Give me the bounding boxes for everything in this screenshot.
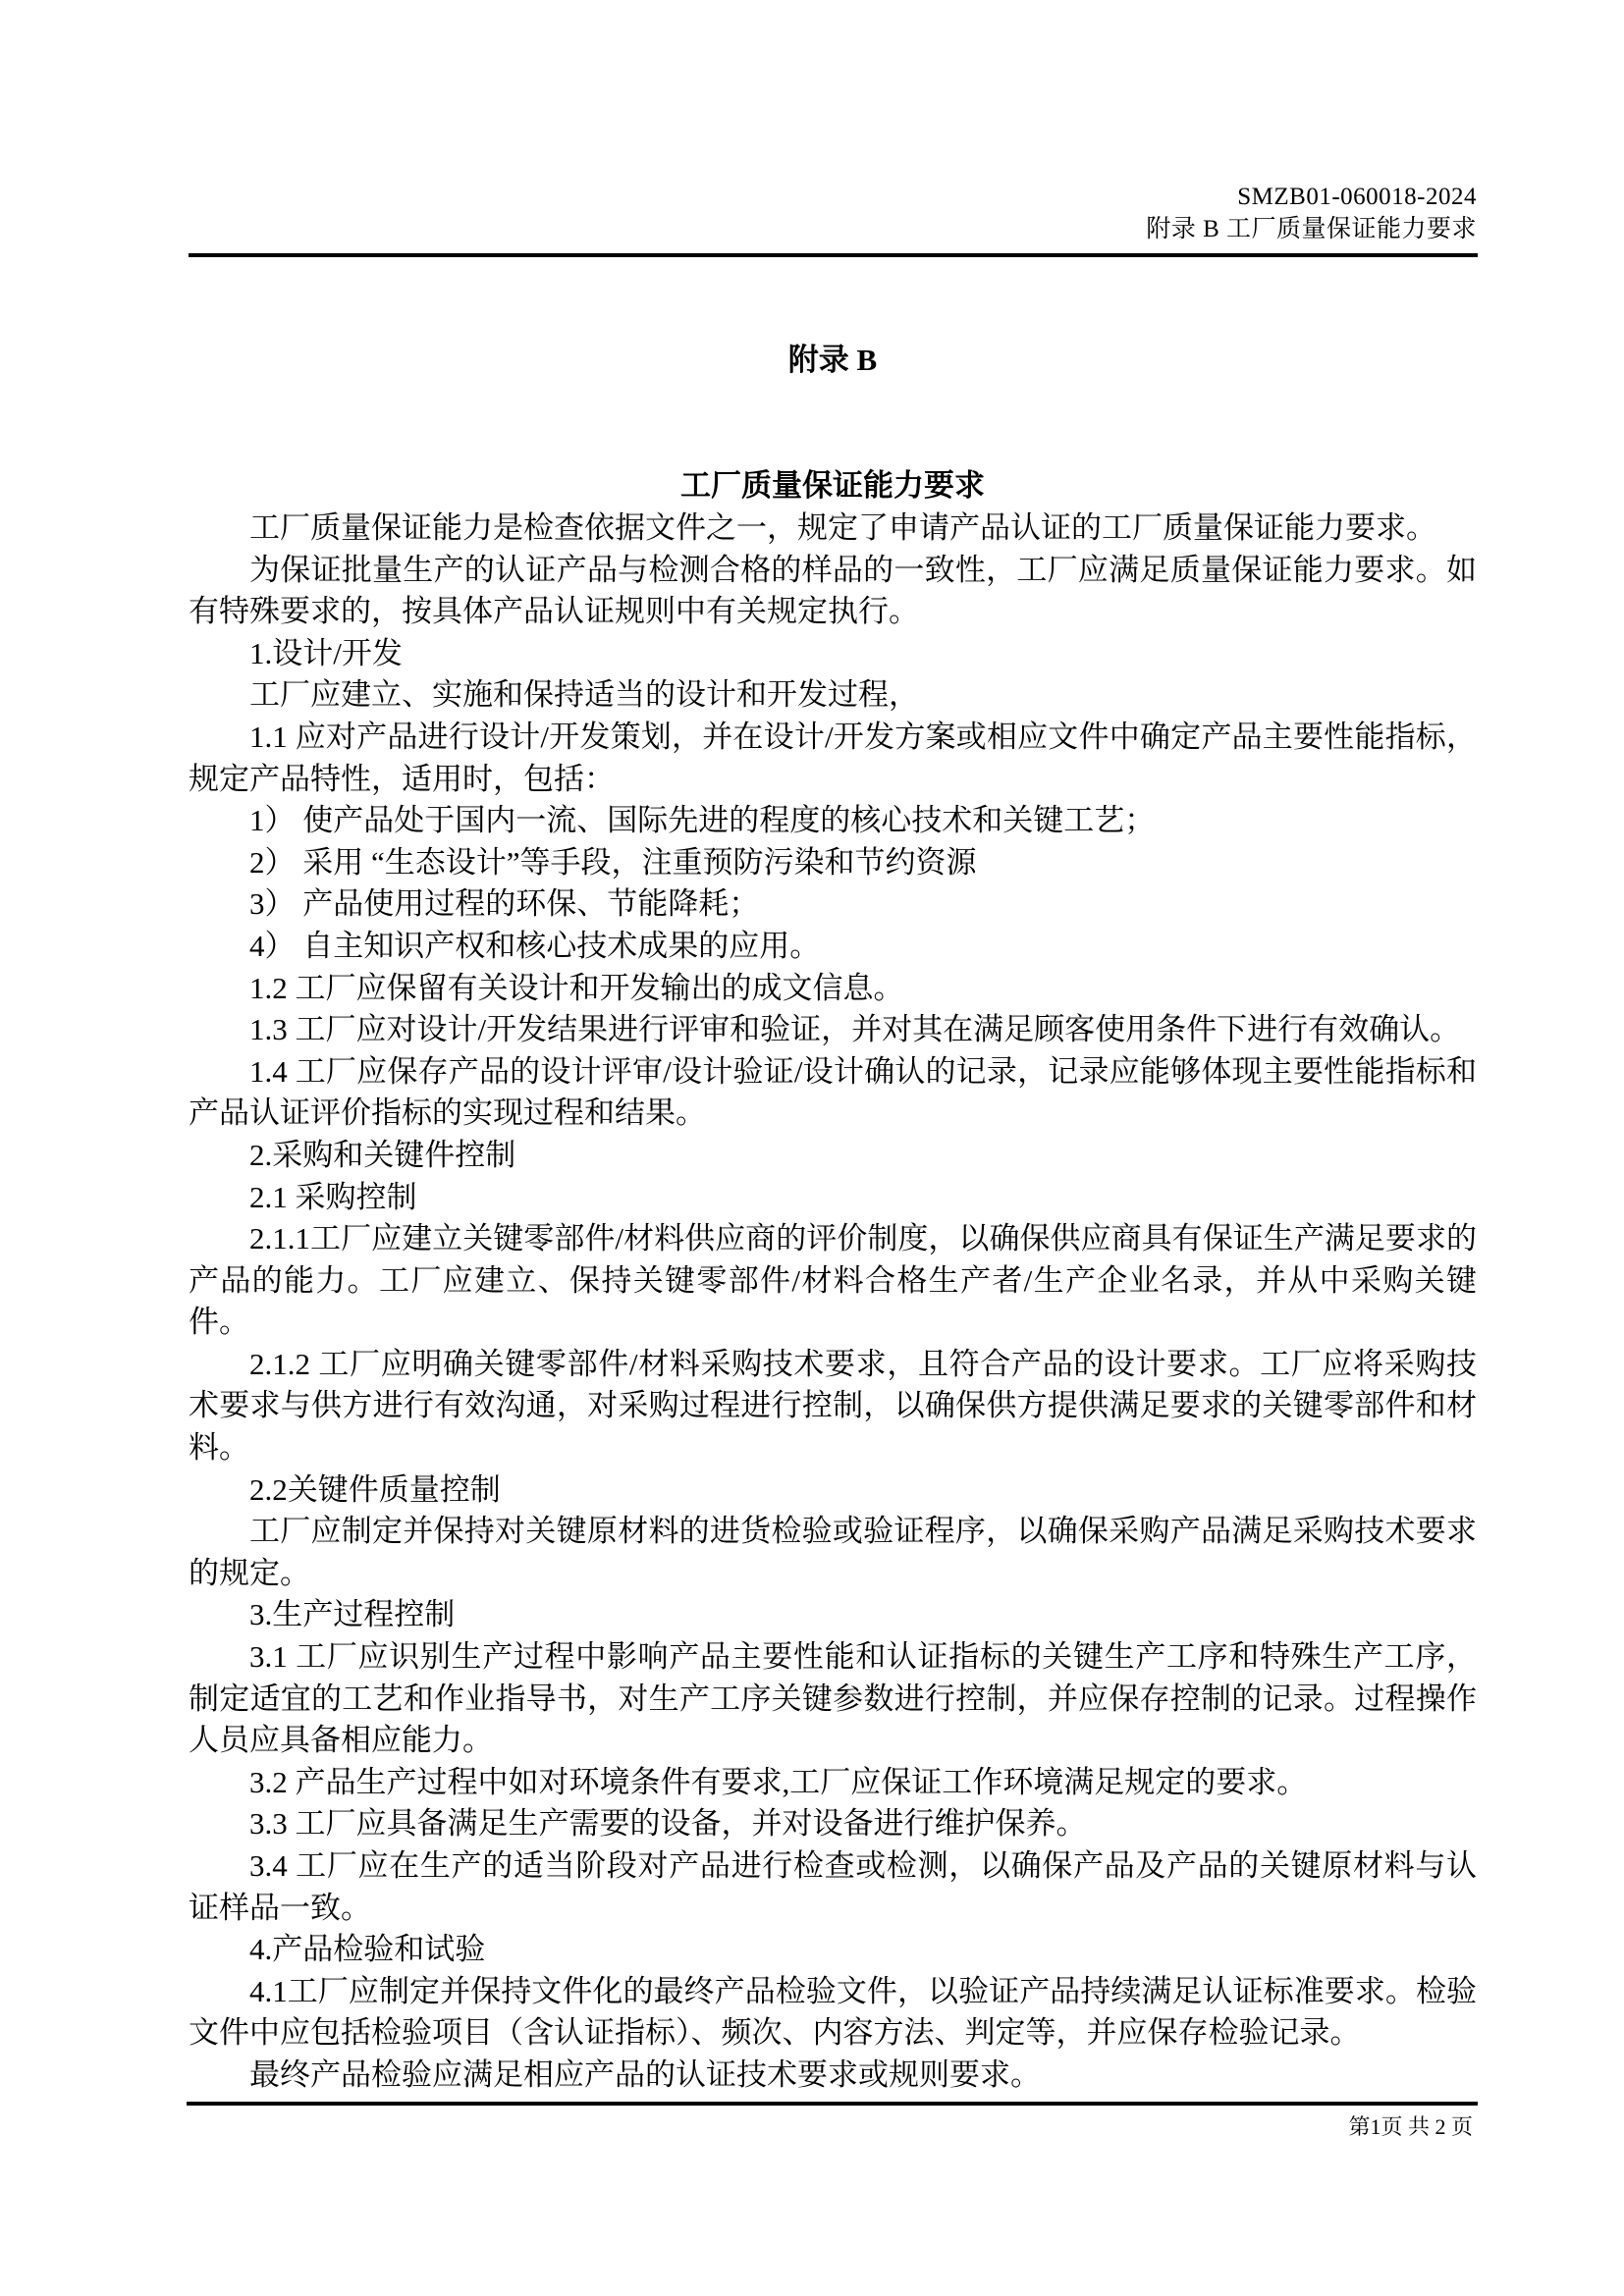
- paragraph: 4.产品检验和试验: [189, 1929, 1477, 1971]
- paragraph: 4） 自主知识产权和核心技术成果的应用。: [189, 926, 1477, 968]
- paragraph: 2） 采用 “生态设计”等手段，注重预防污染和节约资源: [189, 842, 1477, 884]
- header-rule: [189, 253, 1478, 257]
- section-title: 工厂质量保证能力要求: [189, 465, 1477, 507]
- paragraph: 最终产品检验应满足相应产品的认证技术要求或规则要求。: [189, 2055, 1477, 2097]
- paragraph-list: 工厂质量保证能力是检查依据文件之一，规定了申请产品认证的工厂质量保证能力要求。为…: [189, 507, 1477, 2097]
- doc-header-title: 附录 B 工厂质量保证能力要求: [189, 213, 1477, 245]
- paragraph: 3.1 工厂应识别生产过程中影响产品主要性能和认证指标的关键生产工序和特殊生产工…: [189, 1636, 1477, 1762]
- paragraph: 2.1.1工厂应建立关键零部件/材料供应商的评价制度，以确保供应商具有保证生产满…: [189, 1218, 1477, 1344]
- appendix-label: 附录 B: [189, 340, 1477, 381]
- paragraph: 1.4 工厂应保存产品的设计评审/设计验证/设计确认的记录，记录应能够体现主要性…: [189, 1051, 1477, 1135]
- paragraph: 3.2 产品生产过程中如对环境条件有要求,工厂应保证工作环境满足规定的要求。: [189, 1762, 1477, 1804]
- paragraph: 3.4 工厂应在生产的适当阶段对产品进行检查或检测，以确保产品及产品的关键原材料…: [189, 1845, 1477, 1929]
- document-body: 附录 B 工厂质量保证能力要求 工厂质量保证能力是检查依据文件之一，规定了申请产…: [189, 340, 1477, 2097]
- paragraph: 4.1工厂应制定并保持文件化的最终产品检验文件，以验证产品持续满足认证标准要求。…: [189, 1971, 1477, 2055]
- doc-number: SMZB01-060018-2024: [189, 181, 1477, 213]
- paragraph: 3.生产过程控制: [189, 1594, 1477, 1636]
- paragraph: 为保证批量生产的认证产品与检测合格的样品的一致性，工厂应满足质量保证能力要求。如…: [189, 550, 1477, 633]
- document-page: SMZB01-060018-2024 附录 B 工厂质量保证能力要求 附录 B …: [0, 0, 1624, 2296]
- paragraph: 工厂质量保证能力是检查依据文件之一，规定了申请产品认证的工厂质量保证能力要求。: [189, 507, 1477, 550]
- paragraph: 1.2 工厂应保留有关设计和开发输出的成文信息。: [189, 968, 1477, 1010]
- paragraph: 3） 产品使用过程的环保、节能降耗；: [189, 883, 1477, 926]
- paragraph: 1） 使产品处于国内一流、国际先进的程度的核心技术和关键工艺；: [189, 800, 1477, 842]
- footer-rule: [187, 2102, 1478, 2106]
- page-number: 第1页 共 2 页: [1348, 2110, 1473, 2144]
- paragraph: 工厂应建立、实施和保持适当的设计和开发过程，: [189, 674, 1477, 717]
- paragraph: 3.3 工厂应具备满足生产需要的设备，并对设备进行维护保养。: [189, 1803, 1477, 1845]
- paragraph: 1.1 应对产品进行设计/开发策划，并在设计/开发方案或相应文件中确定产品主要性…: [189, 717, 1477, 800]
- paragraph: 1.设计/开发: [189, 633, 1477, 675]
- paragraph: 2.采购和关键件控制: [189, 1135, 1477, 1177]
- paragraph: 2.2关键件质量控制: [189, 1469, 1477, 1512]
- paragraph: 2.1.2 工厂应明确关键零部件/材料采购技术要求，且符合产品的设计要求。工厂应…: [189, 1344, 1477, 1469]
- paragraph: 1.3 工厂应对设计/开发结果进行评审和验证，并对其在满足顾客使用条件下进行有效…: [189, 1009, 1477, 1051]
- paragraph: 工厂应制定并保持对关键原材料的进货检验或验证程序，以确保采购产品满足采购技术要求…: [189, 1511, 1477, 1594]
- paragraph: 2.1 采购控制: [189, 1177, 1477, 1219]
- page-header: SMZB01-060018-2024 附录 B 工厂质量保证能力要求: [189, 181, 1477, 245]
